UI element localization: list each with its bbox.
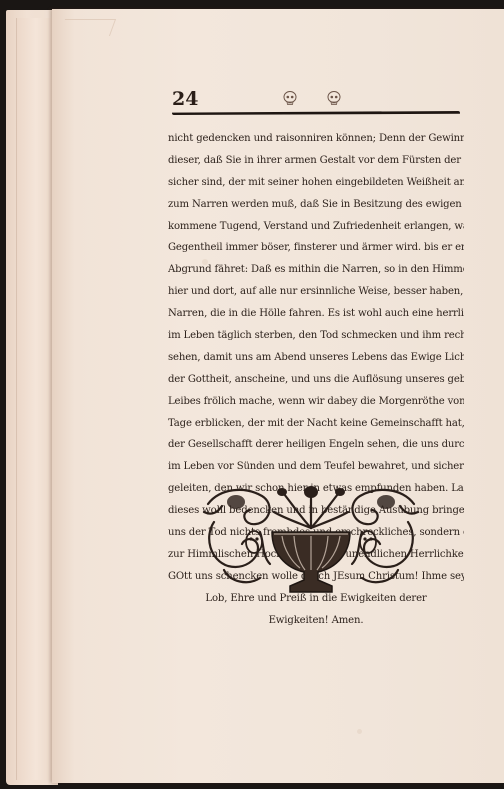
text-line: im Leben vor Sünden und dem Teufel bewah… bbox=[168, 456, 464, 478]
text-line: hier und dort, auf alle nur ersinnliche … bbox=[168, 281, 464, 303]
scanned-book-spread: 24 nicht gedencken und raisonniren könne… bbox=[0, 0, 504, 789]
text-line: der Gesellschafft derer heiligen Engeln … bbox=[168, 434, 464, 456]
woodcut-vase-ornament bbox=[200, 482, 422, 600]
page-number: 24 bbox=[172, 88, 198, 110]
folded-leaf-edge bbox=[16, 18, 56, 780]
page-corner-fold bbox=[59, 19, 116, 36]
text-line: Narren, die in die Hölle fahren. Es ist … bbox=[168, 303, 464, 325]
show-through-text bbox=[255, 605, 435, 627]
skull-icon bbox=[282, 90, 298, 106]
text-line: sehen, damit uns am Abend unseres Lebens… bbox=[168, 347, 464, 369]
text-line: zum Narren werden muß, daß Sie in Besitz… bbox=[168, 194, 464, 216]
text-line: Gegentheil immer böser, finsterer und är… bbox=[168, 237, 464, 259]
text-line: Abgrund fähret: Daß es mithin die Narren… bbox=[168, 259, 464, 281]
text-line: sicher sind, der mit seiner hohen eingeb… bbox=[168, 172, 464, 194]
skull-icon bbox=[326, 90, 342, 106]
text-line: dieser, daß Sie in ihrer armen Gestalt v… bbox=[168, 150, 464, 172]
header-rule bbox=[172, 111, 460, 115]
running-head: 24 bbox=[172, 88, 462, 118]
text-line: Leibes frölich mache, wenn wir dabey die… bbox=[168, 391, 464, 413]
text-line: Tage erblicken, der mit der Nacht keine … bbox=[168, 413, 464, 435]
text-line: nicht gedencken und raisonniren können; … bbox=[168, 128, 464, 150]
text-line: kommene Tugend, Verstand und Zufriedenhe… bbox=[168, 216, 464, 238]
paper-speck bbox=[357, 729, 362, 734]
text-line: der Gottheit, anscheine, und uns die Auf… bbox=[168, 369, 464, 391]
text-line: im Leben täglich sterben, den Tod schmec… bbox=[168, 325, 464, 347]
